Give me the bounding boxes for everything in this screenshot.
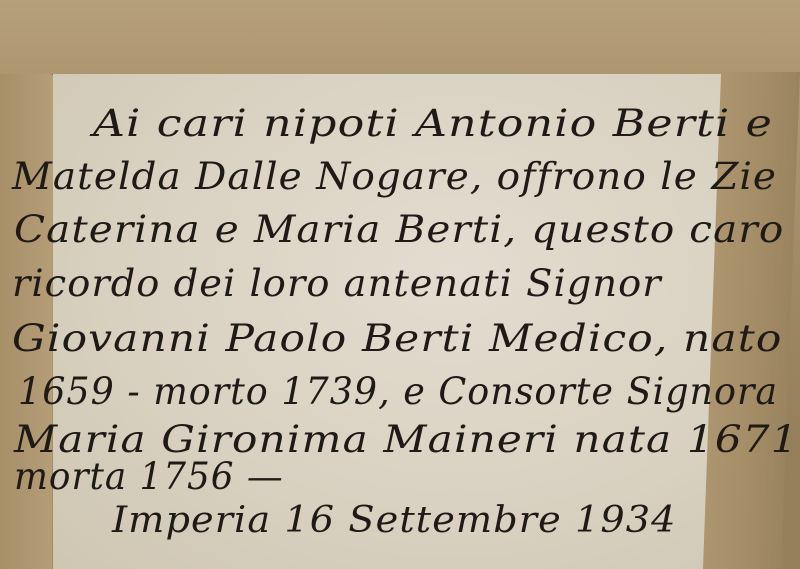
place-date-signature: Imperia 16 Settembre 1934 [112, 500, 677, 541]
text-line-5: Giovanni Paolo Berti Medico, nato [12, 317, 782, 360]
text-line-6: 1659 - morto 1739, e Consorte Signora [18, 370, 778, 413]
text-line-2: Matelda Dalle Nogare, offrono le Zie [12, 155, 777, 198]
text-line-3: Caterina e Maria Berti, questo caro [14, 208, 784, 251]
text-line-1: Ai cari nipoti Antonio Berti e [93, 102, 773, 145]
handwritten-text: Ai cari nipoti Antonio Berti e Matelda D… [0, 0, 800, 569]
text-line-8: morta 1756 — [14, 455, 284, 498]
text-line-4: ricordo dei loro antenati Signor [12, 262, 662, 305]
